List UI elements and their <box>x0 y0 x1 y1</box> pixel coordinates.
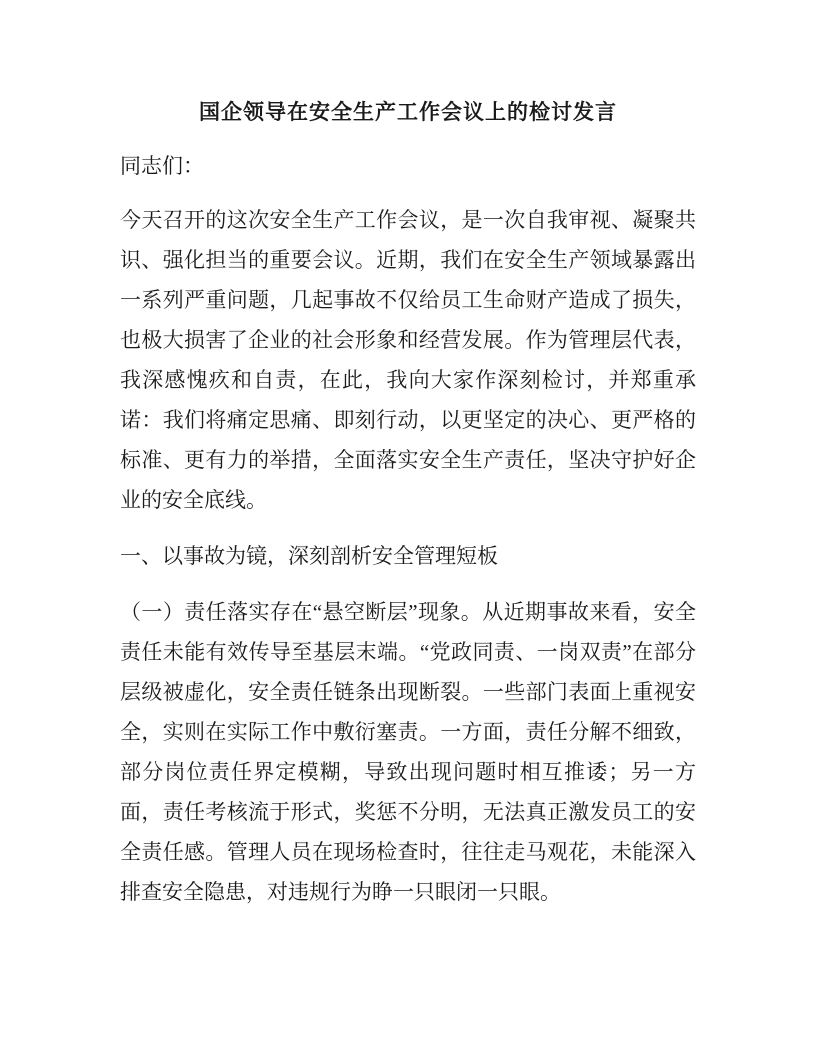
section-one-paragraph: （一）责任落实存在“悬空断层”现象。从近期事故来看，安全责任未能有效传导至基层末… <box>120 592 696 912</box>
salutation: 同志们： <box>120 146 696 186</box>
intro-paragraph: 今天召开的这次安全生产工作会议，是一次自我审视、凝聚共识、强化担当的重要会议。近… <box>120 200 696 520</box>
document-title: 国企领导在安全生产工作会议上的检讨发言 <box>120 92 696 132</box>
document-page: 国企领导在安全生产工作会议上的检讨发言 同志们： 今天召开的这次安全生产工作会议… <box>0 0 816 1056</box>
section-one-heading: 一、以事故为镜，深刻剖析安全管理短板 <box>120 536 696 576</box>
